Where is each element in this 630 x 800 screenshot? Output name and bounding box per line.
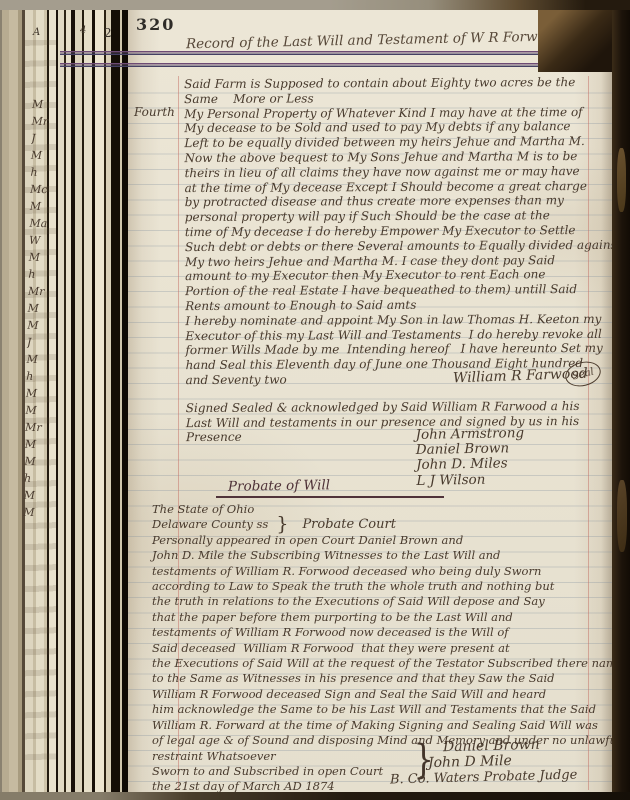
edge-page-digit: 2	[104, 26, 112, 40]
text-line: that the paper before them purporting to…	[152, 610, 606, 625]
text-line: testaments of William R. Forwood decease…	[152, 564, 606, 579]
edge-page-digit: 4	[80, 25, 86, 36]
photo-top-edge	[0, 0, 630, 10]
text-line: theirs in lieu of all claims they have n…	[185, 164, 601, 181]
header-double-rule	[60, 63, 612, 68]
book-right-edge	[612, 0, 630, 800]
fourth-clause-paragraph: My Personal Property of Whatever Kind I …	[184, 105, 601, 314]
probate-heading-underline	[216, 496, 444, 498]
text-line: Personally appeared in open Court Daniel…	[152, 533, 606, 548]
text-line: testaments of William R Forwood now dece…	[152, 625, 606, 640]
record-title: Record of the Last Will and Testament of…	[186, 28, 596, 53]
farm-note-paragraph: Said Farm is Supposed to contain about E…	[184, 75, 600, 107]
text-line: The State of Ohio	[152, 502, 606, 517]
book-page-edges: M Mr J M h Mc M Ma W M h Mr M M J M h M …	[0, 0, 128, 800]
text-line: the truth in relations to the Executions…	[152, 594, 606, 609]
header-double-rule	[60, 51, 612, 56]
page-number: 320	[136, 15, 175, 34]
text-line: to the Same as Witnesses in his presence…	[152, 671, 606, 686]
text-line: Presence	[186, 428, 602, 445]
witness-signatures: John Armstrong Daniel Brown John D. Mile…	[415, 426, 525, 489]
text-line: Such debt or debts or there Several amou…	[185, 238, 601, 255]
text-line: Said deceased William R Forwood that the…	[152, 641, 606, 656]
photo-bottom-edge	[0, 792, 630, 800]
text-line: him acknowledge the Same to be his Last …	[152, 702, 606, 717]
county-court-line: Delaware County ss}Probate Court	[152, 517, 606, 532]
text-line: the Executions of Said Will at the reque…	[152, 656, 606, 671]
attestation-paragraph: Signed Sealed & acknowledged by Said Wil…	[186, 399, 602, 446]
text-line: Signed Sealed & acknowledged by Said Wil…	[186, 399, 602, 416]
court-label: Probate Court	[302, 517, 396, 532]
clause-label-fourth: Fourth	[134, 105, 175, 119]
probate-witness-signature: John D Mile	[428, 753, 512, 771]
county-label: Delaware County ss	[152, 517, 268, 531]
ledger-page: 320 Record of the Last Will and Testamen…	[128, 10, 612, 794]
ledger-photo: M Mr J M h Mc M Ma W M h Mr M M J M h M …	[0, 0, 630, 800]
text-line: Portion of the real Estate I have bequea…	[185, 282, 601, 299]
text-line: William R. Forward at the time of Making…	[152, 718, 606, 733]
text-line: John D. Mile the Subscribing Witnesses t…	[152, 548, 606, 563]
text-line: Said Farm is Supposed to contain about E…	[184, 75, 600, 92]
text-line: I hereby nominate and appoint My Son in …	[185, 312, 601, 329]
will-text-block: Said Farm is Supposed to contain about E…	[184, 75, 602, 445]
text-line: Last Will and testaments in our presence…	[186, 413, 602, 430]
probate-heading: Probate of Will	[228, 477, 330, 494]
edge-fleck	[617, 480, 627, 552]
edge-page-letter: A	[33, 27, 40, 38]
witness-signature: L J Wilson	[416, 472, 525, 489]
edge-fleck	[617, 148, 626, 212]
text-line: according to Law to Speak the truth the …	[152, 579, 606, 594]
text-line: William R Forwood deceased Sign and Seal…	[152, 687, 606, 702]
